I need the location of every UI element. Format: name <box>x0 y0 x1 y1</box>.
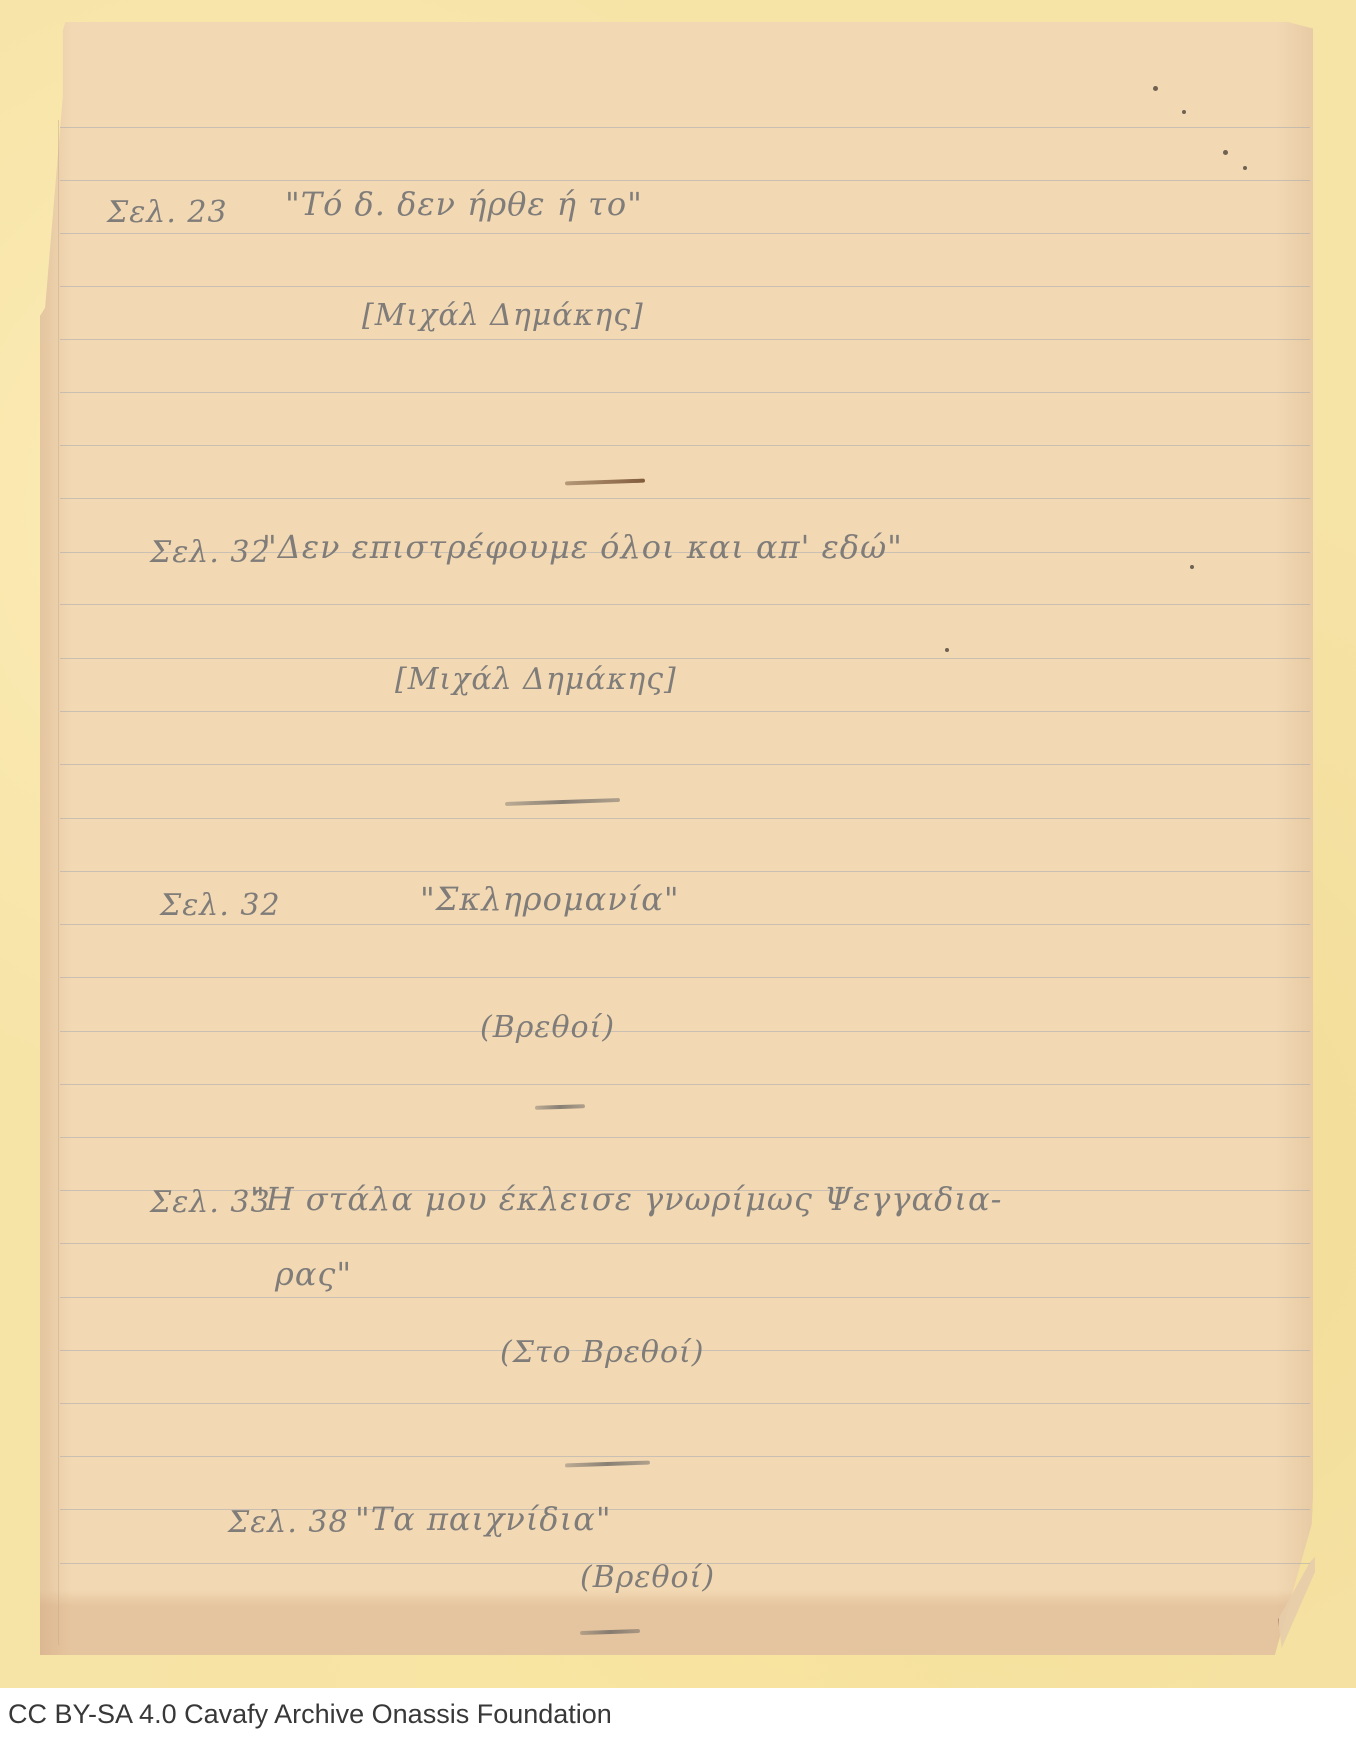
ruled-line <box>60 871 1310 872</box>
ruled-line <box>60 1084 1310 1085</box>
ink-speck <box>1223 150 1228 155</box>
ruled-line <box>60 1243 1310 1244</box>
ruled-line <box>60 286 1310 287</box>
ruled-line <box>60 339 1310 340</box>
manuscript-page <box>40 22 1313 1655</box>
entry-attribution: [Μιχάλ Δημάκης] <box>395 662 677 697</box>
entry-title: "Τό δ. δεν ήρθε ή το" <box>285 185 643 223</box>
ruled-line <box>60 658 1310 659</box>
margin-line <box>58 120 59 1645</box>
entry-title: "Η στάλα μου έκλεισε γνωρίμως Ψεγγαδια- <box>250 1180 1002 1218</box>
ruled-line <box>60 1137 1310 1138</box>
ruled-line <box>60 392 1310 393</box>
ink-speck <box>945 648 949 652</box>
ruled-line <box>60 1403 1310 1404</box>
ruled-line <box>60 1297 1310 1298</box>
entry-reference: Σελ. 32 <box>150 535 271 570</box>
ruled-line <box>60 604 1310 605</box>
ruled-line <box>60 977 1310 978</box>
entry-title: "Δεν επιστρέφουμε όλοι και απ' εδώ" <box>262 528 903 566</box>
ruled-line <box>60 1456 1310 1457</box>
ruled-line <box>60 764 1310 765</box>
ruled-line <box>60 498 1310 499</box>
ruled-line <box>60 711 1310 712</box>
entry-attribution: (Βρεθοί) <box>480 1010 615 1045</box>
entry-title: "Τα παιχνίδια" <box>355 1500 612 1538</box>
entry-title: "Σκληρομανία" <box>420 880 680 918</box>
entry-attribution: [Μιχάλ Δημάκης] <box>362 298 644 333</box>
ruled-line <box>60 818 1310 819</box>
ruled-line <box>60 924 1310 925</box>
entry-attribution: (Βρεθοί) <box>580 1560 715 1595</box>
ruled-line <box>60 127 1310 128</box>
ink-speck <box>1153 86 1158 91</box>
ruled-line <box>60 445 1310 446</box>
license-credit: CC BY-SA 4.0 Cavafy Archive Onassis Foun… <box>8 1699 612 1730</box>
ink-speck <box>1182 110 1186 114</box>
ruled-line <box>60 233 1310 234</box>
entry-reference: Σελ. 32 <box>160 888 281 923</box>
ink-speck <box>1190 565 1194 569</box>
ink-speck <box>1243 166 1247 170</box>
entry-title-continuation: ρας" <box>275 1255 352 1293</box>
entry-reference: Σελ. 23 <box>107 195 228 230</box>
entry-attribution: (Στο Βρεθοί) <box>500 1335 704 1370</box>
entry-reference: Σελ. 38 <box>228 1505 349 1540</box>
ruled-line <box>60 180 1310 181</box>
ruled-line <box>60 1031 1310 1032</box>
